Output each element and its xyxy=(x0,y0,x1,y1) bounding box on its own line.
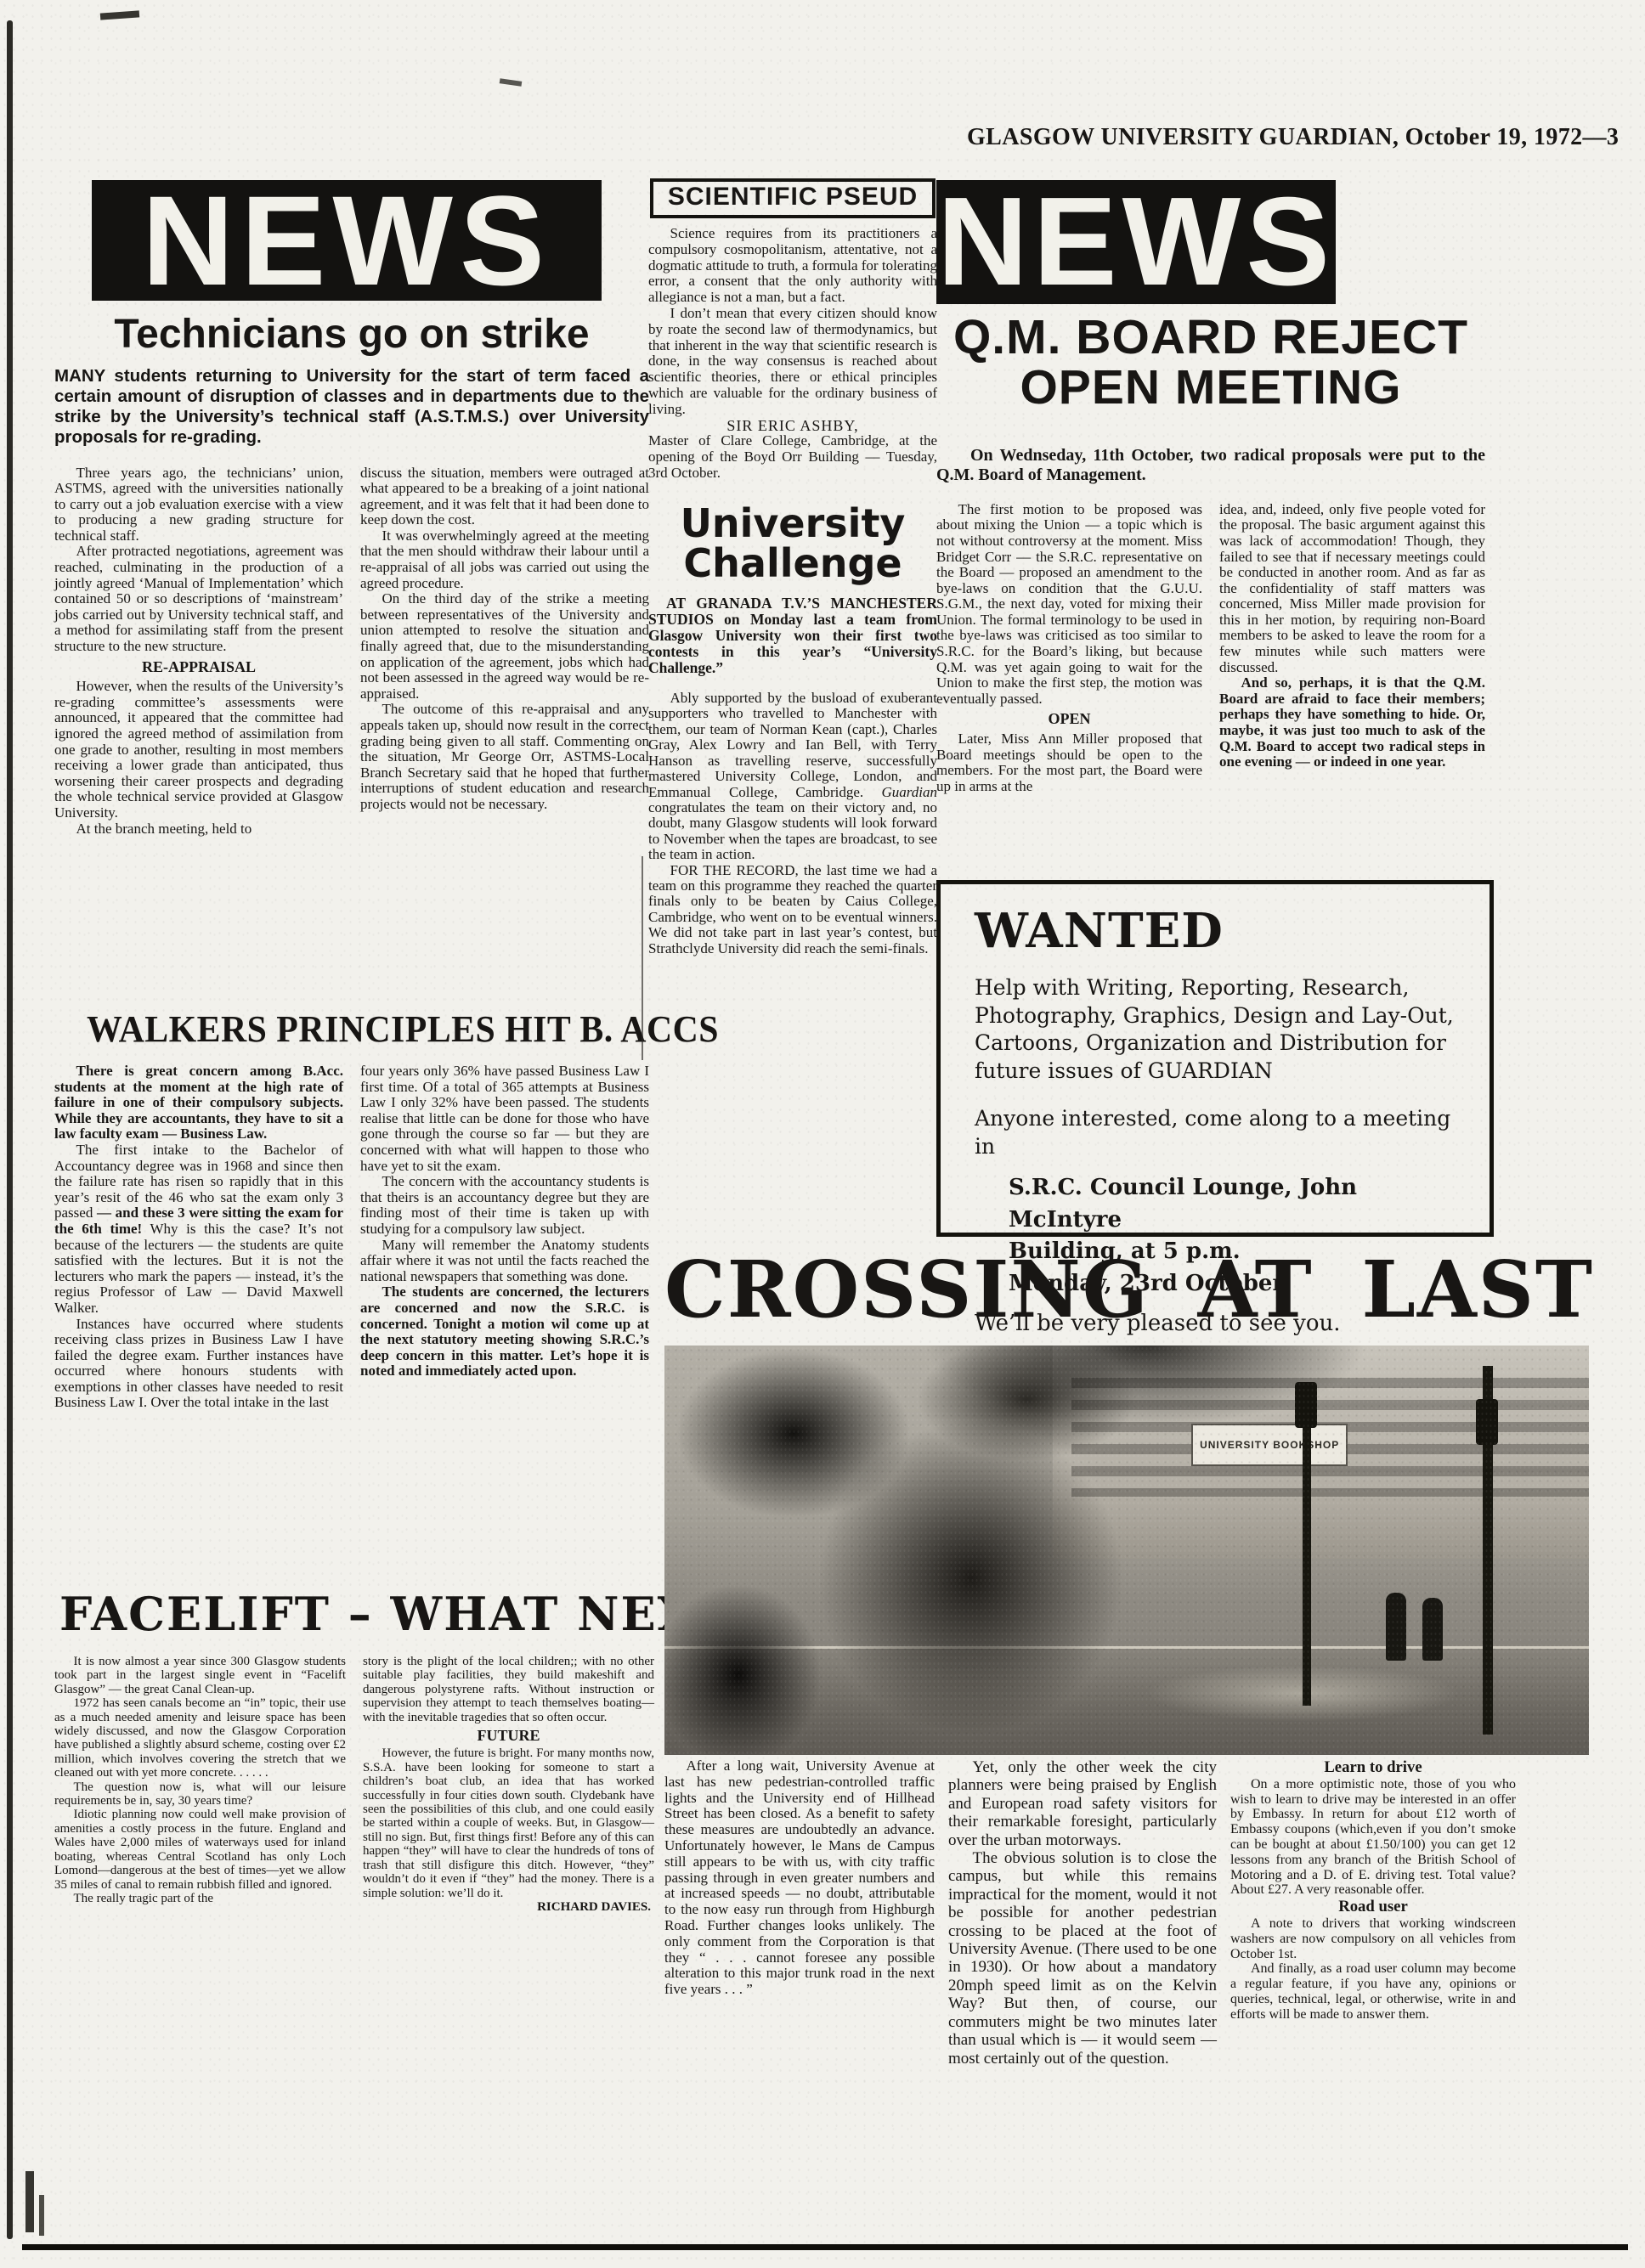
paragraph: However, when the results of the Univers… xyxy=(54,679,343,821)
article-walkers-principles: WALKERS PRINCIPLES HIT B. ACCS There is … xyxy=(54,1007,649,1411)
lede-university-challenge: AT GRANADA T.V.’S MANCHESTER STUDIOS on … xyxy=(648,595,937,676)
headline-university-challenge: University Challenge xyxy=(648,504,937,584)
headline-technicians-strike: Technicians go on strike xyxy=(54,311,649,358)
headline-line: Challenge xyxy=(648,544,937,584)
walkers-col-1: There is great concern among B.Acc. stud… xyxy=(54,1063,343,1411)
university-challenge-body: Ably supported by the busload of exubera… xyxy=(648,691,937,956)
scan-mark xyxy=(500,78,523,87)
paragraph: Three years ago, the technicians’ union,… xyxy=(54,465,343,544)
paragraph: And finally, as a road user column may b… xyxy=(1230,1961,1516,2022)
paragraph-emphasis: And so, perhaps, it is that the Q.M. Boa… xyxy=(1219,675,1485,770)
facelift-col-2: story is the plight of the local childre… xyxy=(363,1655,654,1914)
middle-column: SCIENTIFIC PSEUD Science requires from i… xyxy=(648,178,937,956)
wanted-text: Help with Writing, Reporting, Research, … xyxy=(975,974,1461,1085)
lede-technicians: MANY students returning to University fo… xyxy=(54,366,649,448)
paragraph: The question now is, what will our leisu… xyxy=(54,1780,346,1808)
paragraph: story is the plight of the local childre… xyxy=(363,1655,654,1724)
wanted-title: WANTED xyxy=(975,903,1461,959)
article-facelift-what-next: FACELIFT – WHAT NEXT It is now almost a … xyxy=(54,1587,654,1914)
scientific-pseud-body: Science requires from its practitioners … xyxy=(648,226,937,482)
attribution-name: SIR ERIC ASHBY, xyxy=(648,418,937,434)
subhead-open: OPEN xyxy=(936,711,1202,727)
paragraph: The concern with the accountancy student… xyxy=(360,1174,649,1237)
paragraph: A note to drivers that working windscree… xyxy=(1230,1916,1516,1961)
paragraph: The outcome of this re-appraisal and any… xyxy=(360,702,649,812)
paragraph: On a more optimistic note, those of you … xyxy=(1230,1777,1516,1898)
headline-qm-board: Q.M. BOARD REJECT OPEN MEETING xyxy=(936,313,1485,414)
technicians-col-1: Three years ago, the technicians’ union,… xyxy=(54,465,343,838)
paragraph: The first intake to the Bachelor of Acco… xyxy=(54,1142,343,1317)
technicians-col-2: discuss the situation, members were outr… xyxy=(360,465,649,838)
paragraph: At the branch meeting, held to xyxy=(54,821,343,838)
scientific-pseud-box: SCIENTIFIC PSEUD xyxy=(650,178,936,218)
walkers-col-2: four years only 36% have passed Business… xyxy=(360,1063,649,1411)
scan-mark xyxy=(100,10,139,20)
news-banner-left: NEWS xyxy=(92,180,602,301)
paragraph: After a long wait, University Avenue at … xyxy=(664,1758,935,1998)
text-run: congratulates the team on their victory … xyxy=(648,799,937,862)
headline-line: OPEN MEETING xyxy=(936,363,1485,413)
paragraph: It was overwhelmingly agreed at the meet… xyxy=(360,528,649,591)
masthead-dateline: GLASGOW UNIVERSITY GUARDIAN, October 19,… xyxy=(967,124,1562,151)
subhead-future: FUTURE xyxy=(363,1729,654,1742)
qm-col-2: idea, and, indeed, only five people vote… xyxy=(1219,502,1485,795)
paragraph: FOR THE RECORD, the last time we had a t… xyxy=(648,863,937,956)
paragraph: On the third day of the strike a meeting… xyxy=(360,591,649,702)
attribution-detail: Master of Clare College, Cambridge, at t… xyxy=(648,433,937,481)
crossing-col-2: Yet, only the other week the city planne… xyxy=(948,1758,1217,2068)
paragraph: I don’t mean that every citizen should k… xyxy=(648,306,937,418)
scan-mark xyxy=(25,2171,34,2232)
paragraph: After protracted negotiations, agreement… xyxy=(54,544,343,654)
paragraph: It is now almost a year since 300 Glasgo… xyxy=(54,1655,346,1696)
paragraph: idea, and, indeed, only five people vote… xyxy=(1219,502,1485,676)
qm-col-1: The first motion to be proposed was abou… xyxy=(936,502,1202,795)
paragraph: Yet, only the other week the city planne… xyxy=(948,1758,1217,1849)
headline-walkers-principles: WALKERS PRINCIPLES HIT B. ACCS xyxy=(87,1007,621,1051)
lede-qm-board: On Wednseday, 11th October, two radical … xyxy=(936,446,1485,485)
news-banner-label: NEWS xyxy=(142,167,551,314)
column-rule xyxy=(642,856,643,1060)
subhead-road-user: Road user xyxy=(1230,1899,1516,1915)
scan-edge-artifact xyxy=(7,20,13,2239)
headline-line: Q.M. BOARD REJECT xyxy=(936,313,1485,363)
scan-edge-artifact xyxy=(22,2244,1628,2250)
photo-grain-overlay xyxy=(664,1346,1589,1755)
crossing-article-columns: After a long wait, University Avenue at … xyxy=(664,1758,1528,2068)
paragraph: Idiotic planning now could well make pro… xyxy=(54,1808,346,1891)
subhead-learn-to-drive: Learn to drive xyxy=(1230,1760,1516,1775)
paragraph: Many will remember the Anatomy students … xyxy=(360,1238,649,1285)
headline-facelift: FACELIFT – WHAT NEXT xyxy=(59,1587,654,1641)
paragraph: However, the future is bright. For many … xyxy=(363,1746,654,1899)
news-banner-right: NEWS xyxy=(936,180,1336,304)
paragraph: four years only 36% have passed Business… xyxy=(360,1063,649,1174)
scan-mark xyxy=(39,2195,44,2236)
facelift-columns: It is now almost a year since 300 Glasgo… xyxy=(54,1655,654,1914)
text-run-italic: Guardian xyxy=(882,784,938,800)
news-banner-label: NEWS xyxy=(937,170,1335,314)
lede-walkers: There is great concern among B.Acc. stud… xyxy=(54,1063,343,1142)
paragraph: Science requires from its practitioners … xyxy=(648,226,937,306)
article-qm-board: NEWS Q.M. BOARD REJECT OPEN MEETING On W… xyxy=(936,180,1485,794)
paragraph: 1972 has seen canals become an “in” topi… xyxy=(54,1696,346,1780)
meeting-location: S.R.C. Council Lounge, John McIntyre xyxy=(1009,1172,1461,1236)
facelift-col-1: It is now almost a year since 300 Glasgo… xyxy=(54,1655,346,1914)
qm-columns: The first motion to be proposed was abou… xyxy=(936,502,1485,795)
wanted-text: Anyone interested, come along to a meeti… xyxy=(975,1105,1461,1160)
headline-line: University xyxy=(648,504,937,544)
article-technicians-strike: NEWS Technicians go on strike MANY stude… xyxy=(54,180,649,837)
paragraph: The really tragic part of the xyxy=(54,1892,346,1905)
paragraph: The first motion to be proposed was abou… xyxy=(936,502,1202,708)
paragraph: discuss the situation, members were outr… xyxy=(360,465,649,528)
byline-richard-davies: RICHARD DAVIES. xyxy=(363,1900,654,1914)
technicians-columns: Three years ago, the technicians’ union,… xyxy=(54,465,649,838)
paragraph: Instances have occurred where students r… xyxy=(54,1317,343,1412)
paragraph: Later, Miss Ann Miller proposed that Boa… xyxy=(936,731,1202,794)
crossing-col-1: After a long wait, University Avenue at … xyxy=(664,1758,935,2068)
paragraph-emphasis: The students are concerned, the lecturer… xyxy=(360,1284,649,1379)
paragraph: Ably supported by the busload of exubera… xyxy=(648,691,937,862)
headline-crossing-at-last: CROSSING AT LAST xyxy=(664,1244,1574,1335)
wanted-advert-box: WANTED Help with Writing, Reporting, Res… xyxy=(936,880,1494,1237)
crossing-col-3: Learn to drive On a more optimistic note… xyxy=(1230,1758,1516,2068)
article-crossing-at-last: CROSSING AT LAST UNIVERSITY BOOKSHOP xyxy=(664,1244,1592,1755)
subhead-reappraisal: RE-APPRAISAL xyxy=(54,659,343,675)
walkers-columns: There is great concern among B.Acc. stud… xyxy=(54,1063,649,1411)
crossing-photo: UNIVERSITY BOOKSHOP xyxy=(664,1346,1589,1755)
paragraph: The obvious solution is to close the cam… xyxy=(948,1849,1217,2068)
newspaper-page: { "masthead": "GLASGOW UNIVERSITY GUARDI… xyxy=(0,0,1645,2268)
